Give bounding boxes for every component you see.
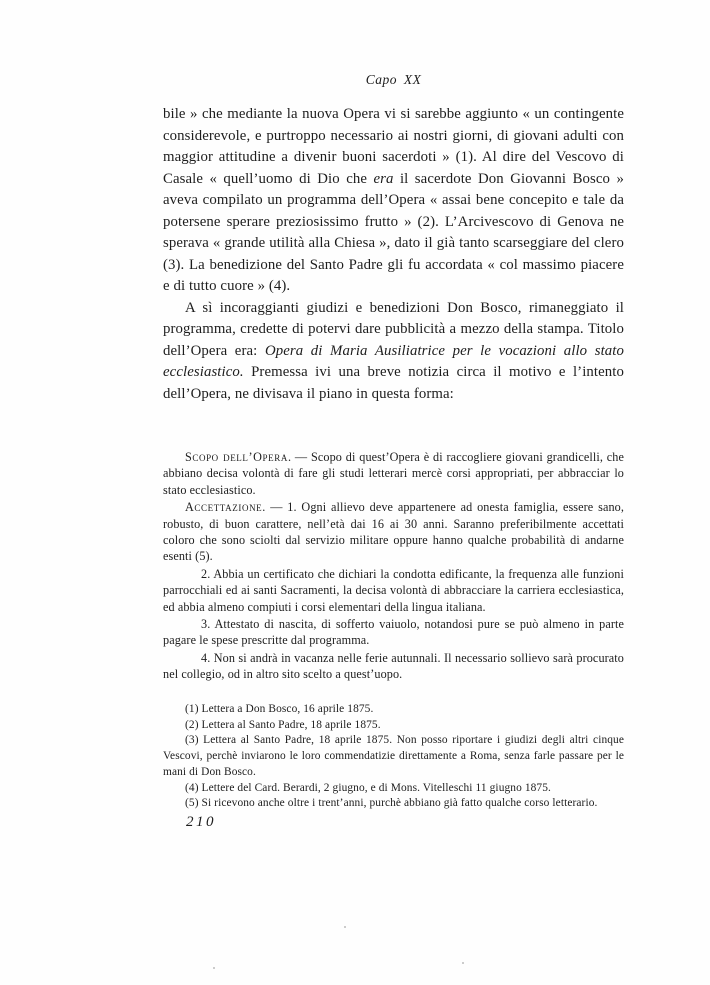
footnote-5: (5) Si ricevono anche oltre i trent’anni… (163, 796, 624, 812)
program-item-2: 2. Abbia un certificato che dichiari la … (163, 566, 624, 615)
program-text-block: Scopo dell’Opera. — Scopo di quest’Opera… (163, 449, 624, 684)
footnote-4: (4) Lettere del Card. Berardi, 2 giugno,… (163, 781, 624, 797)
scan-speck (462, 962, 464, 964)
scan-speck (344, 926, 346, 928)
main-text-block: bile » che mediante la nuova Opera vi si… (163, 104, 624, 405)
page-number: 210 (186, 814, 216, 831)
program-item-4: 4. Non si andrà in vacanza nelle ferie a… (163, 650, 624, 683)
program-accettazione-paragraph: Accettazione. — 1. Ogni allievo deve app… (163, 499, 624, 565)
running-header: Capo XX (163, 72, 624, 88)
text-run-italic: era (373, 171, 393, 187)
paragraph-continuation: bile » che mediante la nuova Opera vi si… (163, 104, 624, 298)
scan-speck (213, 967, 215, 969)
paragraph-title-announcement: A sì incoraggianti giudizi e benedizioni… (163, 298, 624, 406)
program-scopo-heading: Scopo dell’Opera (185, 450, 288, 464)
footnotes-block: (1) Lettera a Don Bosco, 16 aprile 1875.… (163, 702, 624, 812)
program-scopo-paragraph: Scopo dell’Opera. — Scopo di quest’Opera… (163, 449, 624, 498)
program-accettazione-heading: Accettazione (185, 500, 262, 514)
footnote-3: (3) Lettera al Santo Padre, 18 aprile 18… (163, 733, 624, 780)
footnote-2: (2) Lettera al Santo Padre, 18 aprile 18… (163, 718, 624, 734)
text-run: il sacerdote Don Giovanni Bosco » aveva … (163, 171, 624, 295)
program-item-3: 3. Attestato di nascita, di sofferto vai… (163, 616, 624, 649)
book-page: Capo XX bile » che mediante la nuova Ope… (0, 0, 710, 985)
footnote-1: (1) Lettera a Don Bosco, 16 aprile 1875. (163, 702, 624, 718)
